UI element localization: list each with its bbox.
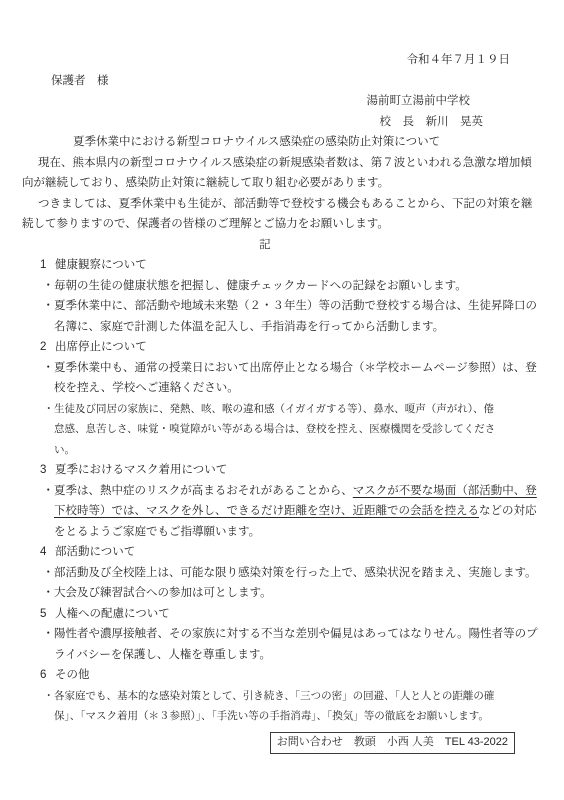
section-4-bullet-2: ・大会及び練習試合への参加は可とします。 [54,583,538,604]
section-1-number: 1 [40,255,55,276]
contact-box: お問い合わせ 教頭 小西 人美 TEL 43-2022 [270,732,515,754]
section-5-number: 5 [40,604,55,625]
section-4-number: 4 [40,542,55,563]
section-1-bullet-2: ・夏季休業中に、部活動や地域未来塾（２・３年生）等の活動で登校する場合は、生徒昇… [54,296,538,337]
section-6-title: その他 [55,669,90,681]
intro-paragraph-1: 現在、熊本県内の新型コロナウイルス感染症の新規感染者数は、第７波といわれる急激な… [22,153,538,194]
section-2-bullet-1: ・夏季休業中も、通常の授業日において出席停止となる場合（＊学校ホームページ参照）… [54,358,538,399]
sender-school: 湯前町立湯前中学校 [22,91,538,112]
section-2-number: 2 [40,337,55,358]
page-title: 夏季休業中における新型コロナウイルス感染症の感染防止対策について [73,132,538,153]
section-5-title: 人権への配慮について [55,608,170,620]
section-3-number: 3 [40,460,55,481]
section-4-bullet-1: ・部活動及び全校陸上は、可能な限り感染対策を行った上で、感染状況を踏まえ、実施し… [54,563,538,584]
section-6-heading: 6その他 [22,665,538,686]
section-3-bullet-1: ・夏季は、熱中症のリスクが高まるおそれがあることから、マスクが不要な場面（部活動… [54,481,538,543]
section-2-bullet-2: ・生徒及び同居の家族に、発熱、咳、喉の違和感（イガイガする等）、鼻水、嗄声（声が… [54,399,538,461]
section-1-title: 健康観察について [55,259,147,271]
section-3-title: 夏季におけるマスク着用について [55,464,227,476]
section-1-heading: 1健康観察について [22,255,538,276]
intro-paragraph-2: つきましては、夏季休業中も生徒が、部活動等で登校する機会もあることから、下記の対… [22,194,538,235]
section-3-heading: 3夏季におけるマスク着用について [22,460,538,481]
document-date: 令和４年７月１９日 [22,50,538,71]
section-4-title: 部活動について [55,546,135,558]
section-6-bullet-1: ・各家庭でも、基本的な感染対策として、引き続き、「三つの密」の回避、「人と人との… [54,686,538,727]
section-6-number: 6 [40,665,55,686]
bullet-text-plain: ・夏季は、熱中症のリスクが高まるおそれがあることから、 [43,485,353,497]
section-2-heading: 2出席停止について [22,337,538,358]
section-1-bullet-1: ・毎朝の生徒の健康状態を把握し、健康チェックカードへの記録をお願いします。 [54,276,538,297]
record-marker: 記 [22,235,538,256]
section-4-heading: 4部活動について [22,542,538,563]
sender-principal: 校 長 新川 晃英 [22,112,538,133]
contact-text: お問い合わせ 教頭 小西 人美 TEL 43-2022 [277,736,508,748]
section-2-title: 出席停止について [55,341,147,353]
document-page: 令和４年７月１９日 保護者 様 湯前町立湯前中学校 校 長 新川 晃英 夏季休業… [0,0,564,800]
recipient: 保護者 様 [51,71,538,92]
section-5-bullet-1: ・陽性者や濃厚接触者、その家族に対する不当な差別や偏見はあってはなりせん。陽性者… [54,624,538,665]
section-5-heading: 5人権への配慮について [22,604,538,625]
